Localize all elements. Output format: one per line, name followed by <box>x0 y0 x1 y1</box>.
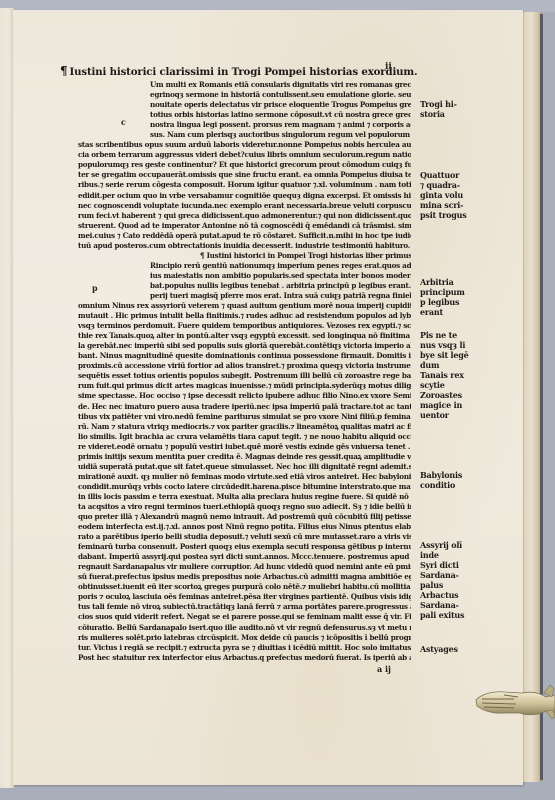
marginal-note-line: Zoroastes <box>420 390 469 400</box>
text-line: struerent. Quod ad te imperator Antonine… <box>78 221 411 231</box>
text-line: mirationē auxit. qȝ mulier nō feminas mo… <box>78 472 411 482</box>
text-line: ¶ Iustini historici in Pompei Trogi hist… <box>78 251 411 261</box>
marginal-note-line: Assyrij olī <box>420 540 464 550</box>
marginal-note-line: Trogi hi- <box>420 99 457 109</box>
marginal-note: Assyrij olīindeSyri dictiSardana-palusAr… <box>420 540 464 620</box>
text-line: edidit.per ocium quo in vrbe versabamur … <box>78 191 411 201</box>
marginal-note: Trogi hi-storia <box>420 99 457 119</box>
text-line: cōiuratio. Bellū Sardanapalo isert.quo i… <box>78 623 411 633</box>
text-line: bant. Ninus magnitudinē quesite dominati… <box>78 351 411 361</box>
marginal-note-line: pali exitus <box>420 610 464 620</box>
marginal-note-line: erant <box>420 307 465 317</box>
marginal-note-line: scytie <box>420 380 469 390</box>
marginal-note-line: Syri dicti <box>420 560 464 570</box>
signature-mark: a ij <box>377 664 391 674</box>
marginal-note-line: ⁊ quadra- <box>420 180 467 190</box>
text-line: rum feci.vt haberent ⁊ qui greca didicis… <box>78 211 411 221</box>
marginal-note-line: conditio <box>420 480 462 490</box>
marginal-note-line: inde <box>420 550 464 560</box>
text-line: obtinuisset.iuenit eū iter scortoꝝ grege… <box>78 582 411 592</box>
marginal-note-line: Quattuor <box>420 170 467 180</box>
text-line: Rincipio rerū gentiū nationumqȝ imperium… <box>78 261 411 271</box>
text-line: ris mulieres solēt.prio latebras circūsp… <box>78 633 411 643</box>
marginal-note-line: Pis ne te <box>420 330 469 340</box>
text-line: sū fuerat.prefectus ipsius medis preposi… <box>78 572 411 582</box>
marginal-note-line: Sardana- <box>420 570 464 580</box>
marginal-note-line: p legibus <box>420 297 465 307</box>
text-line: poris ⁊ oculoꝝ lasciuia oēs feminas ante… <box>78 592 411 602</box>
text-line: sime spectasse. Hoc occiso ⁊ ipse decess… <box>78 391 411 401</box>
text-line: uidiā superatā putat.que sit fatet.queue… <box>78 462 411 472</box>
text-line: tuū apud posteros.cum obtrectationis inu… <box>78 241 411 251</box>
cover-edge <box>540 14 543 780</box>
marginal-note-line: palus <box>420 580 464 590</box>
marginal-note-line: Astyages <box>420 644 458 654</box>
text-line: nostra lingua legi possent. prorsus rem … <box>78 120 411 130</box>
text-line: nouitate operis delectatus vir prisce el… <box>78 100 411 110</box>
marginal-note-line: Arbitria <box>420 277 465 287</box>
text-line: stas scribentibus opus suum arduū labori… <box>78 140 411 150</box>
marginal-note-line: Babylonis <box>420 470 462 480</box>
marginal-note: Pis ne tenus vsqȝ libye sit legēdumTanai… <box>420 330 469 420</box>
text-line: tus tali femie nō viroꝝ subiectū.tractāt… <box>78 602 411 612</box>
text-line: populorumqȝ res geste continentur? Et qu… <box>78 160 411 170</box>
hand-clip-icon <box>474 683 555 723</box>
text-line: Um multi ex Romanis etiā consularis dign… <box>78 80 411 90</box>
text-line: feminarū turba consenuit. Posteri quoqȝ … <box>78 542 411 552</box>
marginal-note: Arbitriaprincipump legibuserant <box>420 277 465 317</box>
text-line: egrinoqȝ sermone in historiā contulissen… <box>78 90 411 100</box>
marginal-note-line: uentor <box>420 410 469 420</box>
text-line: re videret.eodē ornatu ⁊ populū vestiri … <box>78 442 411 452</box>
text-line: primis initijs sexum mentita puer credit… <box>78 452 411 462</box>
marginal-note: Babylonisconditio <box>420 470 462 490</box>
marginal-note: Astyages <box>420 644 458 654</box>
marginal-note-line: bye sit legē <box>420 350 469 360</box>
marginal-note-line: storia <box>420 109 457 119</box>
text-line: tibus vix patiēter vni viro.nedū femine … <box>78 412 411 422</box>
marginal-note-line: Sardana- <box>420 600 464 610</box>
text-line: quo preter illā ⁊ Alexandrū magnū nemo i… <box>78 512 411 522</box>
text-line: regnauit Sardanapalus vir muliere corrup… <box>78 562 411 572</box>
text-line: sequētis esset totius orientis populos s… <box>78 371 411 381</box>
text-line: vsqȝ terminos perdomuit. Fuere quidem te… <box>78 321 411 331</box>
text-line: eodem interfecta est.ij.⁊.xl. annos post… <box>78 522 411 532</box>
headline-text: Iustini historici clarissimi in Trogi Po… <box>70 66 418 78</box>
text-line: condidit.murūqȝ vrbis cocto latere circū… <box>78 482 411 492</box>
text-line: ribus.⁊ serie rerum cōgesta composuit. H… <box>78 180 411 190</box>
text-line: omnium Ninus rex assyriorū veterem ⁊ qua… <box>78 301 411 311</box>
marginal-note-line: Tanais rex <box>420 370 469 380</box>
text-line: lio similis. Igit brachia ac crura velam… <box>78 432 411 442</box>
text-line: cios suos quid viderit refert. Negat se … <box>78 612 411 622</box>
text-line: sus. Nam cum plerisqȝ auctoribus singulo… <box>78 130 411 140</box>
marginal-note-line: Arbactus <box>420 590 464 600</box>
text-line: dabant. Imperiū assyrij.qui postea syri … <box>78 552 411 562</box>
text-line: mutauit . Hic primus intulit bella finit… <box>78 311 411 321</box>
text-line: rato a parētibus iperio belli studia dep… <box>78 532 411 542</box>
text-line: ta acqsitos a viro regni terminos tueri.… <box>78 502 411 512</box>
marginal-note-line: dum <box>420 360 469 370</box>
main-text-column: Um multi ex Romanis etiā consularis dign… <box>78 80 411 663</box>
text-line: totius orbis historias latino sermone cō… <box>78 110 411 120</box>
text-line: la gerebāt.nec imperiū sibi sed populis … <box>78 341 411 351</box>
text-line: rū. Nam ⁊ statura vtriqȝ mediocris.⁊ vox… <box>78 422 411 432</box>
pilcrow-mark: ¶ <box>60 64 68 78</box>
text-line: in illis locis passim e terra exestuat. … <box>78 492 411 502</box>
marginal-note: Quattuor⁊ quadra-ginta volumina scri-psi… <box>420 170 467 220</box>
marginal-note-line: magice in <box>420 400 469 410</box>
text-line: de. Hec nec imaturo puero ausa tradere i… <box>78 402 411 412</box>
marginal-note-line: mina scri- <box>420 200 467 210</box>
text-line: bat.populus nullis legibus tenebat . arb… <box>78 281 411 291</box>
marginal-note-line: principum <box>420 287 465 297</box>
marginal-note-line: psit trogus <box>420 210 467 220</box>
text-line: rum fuit.qui primus dicit artes magicas … <box>78 381 411 391</box>
text-line: nec cognoscendi voluptate iucunda.nec ex… <box>78 201 411 211</box>
text-line: ter se gregatim occupauerāt.omissis que … <box>78 170 411 180</box>
text-line: thie rex Tanais.quoꝝ alter in pontū.alte… <box>78 331 411 341</box>
marginal-note-line: ginta volu <box>420 190 467 200</box>
text-line: Post hec statuitur rex interfector eius … <box>78 653 411 663</box>
text-line: perij tueri magisq̄ pferre mos erat. Int… <box>78 291 411 301</box>
marginal-note-line: nus vsqȝ li <box>420 340 469 350</box>
text-line: mei.cuius ⁊ Cato reddēdā operā putat.apu… <box>78 231 411 241</box>
text-line: proximis.cū accessione viriū fortior ad … <box>78 361 411 371</box>
page-headline: ¶Iustini historici clarissimi in Trogi P… <box>60 64 417 78</box>
text-line: cia orbem terrarum aggressus videri debe… <box>78 150 411 160</box>
folio-number: ii <box>385 62 392 72</box>
text-line: tur. Victus i regiā se recipit.⁊ extruct… <box>78 643 411 653</box>
text-line: ius maiestatis non ambitio popularis.sed… <box>78 271 411 281</box>
